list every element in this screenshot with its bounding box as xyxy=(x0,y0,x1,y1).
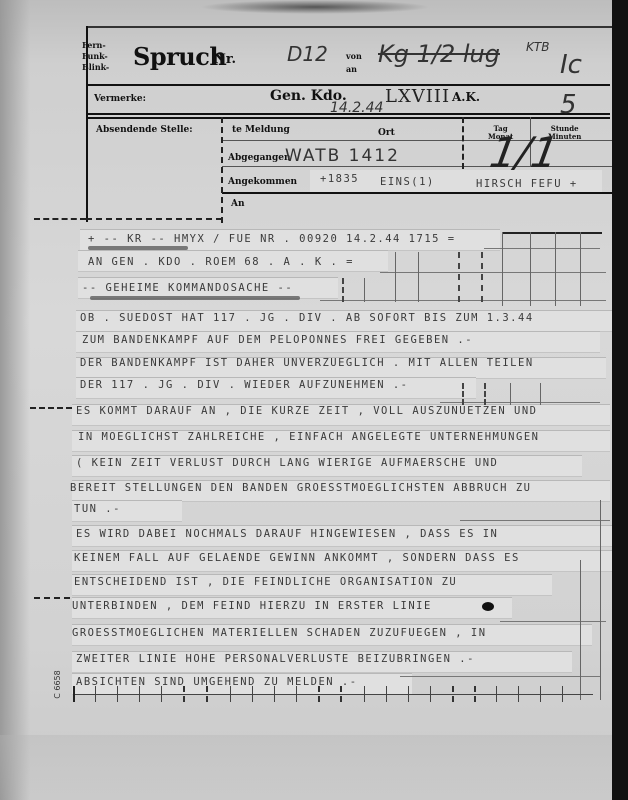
dashed-mark-1 xyxy=(34,218,86,220)
ruler-tick xyxy=(206,686,208,702)
grid-line xyxy=(320,300,606,301)
ic-mark: Ic xyxy=(560,50,582,80)
form-title: Spruch xyxy=(133,42,226,71)
ruler-tick xyxy=(340,686,342,702)
message-line: + -- KR -- HMYX / FUE NR . 00920 14.2.44… xyxy=(88,233,456,253)
abgegangen-value: WATB 1412 xyxy=(285,146,400,166)
ruler-tick xyxy=(562,686,563,702)
scan-edge-right xyxy=(612,0,628,800)
ruler-tick xyxy=(274,686,275,702)
ruler-tick xyxy=(161,686,162,702)
angekommen-time: +1835 xyxy=(320,173,359,185)
grid-line xyxy=(540,383,541,405)
message-line: AN GEN . KDO . ROEM 68 . A . K . = xyxy=(88,256,354,276)
grid-line xyxy=(580,560,581,700)
grid-line xyxy=(418,252,419,302)
type-blink: Blink- xyxy=(82,62,109,73)
type-fern: Fern- xyxy=(82,40,109,51)
ruler-tick xyxy=(95,686,96,702)
message-number: D12 xyxy=(287,42,328,66)
message-line: ( KEIN ZEIT VERLUST DURCH LANG WIERIGE A… xyxy=(76,457,498,477)
message-line: IN MOEGLICHST ZAHLREICHE , EINFACH ANGEL… xyxy=(78,431,539,451)
form-code: C 6658 xyxy=(53,670,62,699)
ruler-tick xyxy=(518,686,519,702)
message-line: UNTERBINDEN , DEM FEIND HIERZU IN ERSTER… xyxy=(72,600,432,620)
grid-top-dash xyxy=(502,232,602,234)
grid-line xyxy=(458,252,460,302)
corps-suffix: A.K. xyxy=(452,90,480,104)
scan-shadow-top xyxy=(200,0,430,14)
ruler-tick xyxy=(364,686,365,702)
grid-line xyxy=(530,232,531,306)
grid-line xyxy=(395,252,396,302)
grid-line xyxy=(510,383,511,405)
dashed-mark-2 xyxy=(86,218,222,220)
grid-line xyxy=(460,520,610,521)
grid-line xyxy=(462,383,464,405)
von-label: von xyxy=(346,50,362,63)
form-rule-6 xyxy=(222,192,612,194)
dashed-mark-4 xyxy=(34,597,70,599)
margin-number: 5 xyxy=(560,90,577,120)
angekommen-operator: HIRSCH FEFU + xyxy=(476,178,578,190)
scan-shadow-left xyxy=(0,0,30,800)
message-line: KEINEM FALL AUF GELAENDE GEWINN ANKOMMT … xyxy=(74,552,520,572)
nr-label: Nr. xyxy=(214,52,236,67)
message-line: ZWEITER LINIE HOHE PERSONALVERLUSTE BEIZ… xyxy=(76,653,475,673)
grid-line xyxy=(364,278,365,302)
ruler-line xyxy=(73,694,593,695)
message-line: OB . SUEDOST HAT 117 . JG . DIV . AB SOF… xyxy=(80,312,534,332)
ruler-tick xyxy=(496,686,497,702)
form-rule-3 xyxy=(86,117,610,119)
message-line: -- GEHEIME KOMMANDOSACHE -- xyxy=(82,282,293,302)
grid-line xyxy=(481,252,483,302)
ruler-tick xyxy=(230,686,231,702)
dashed-mark-3 xyxy=(30,407,72,409)
grid-line xyxy=(580,232,581,306)
grid-line xyxy=(400,676,600,677)
grid-line xyxy=(600,500,601,700)
message-line: ES KOMMT DARAUF AN , DIE KURZE ZEIT , VO… xyxy=(76,405,537,425)
grid-line xyxy=(502,232,503,306)
ruler-tick xyxy=(474,686,476,702)
handwritten-date: 14.2.44 xyxy=(330,100,383,116)
ruler-tick xyxy=(183,686,185,702)
grid-line xyxy=(342,278,344,302)
ktb-mark: KTB xyxy=(526,40,549,54)
form-rule-5 xyxy=(222,166,612,167)
ruler-tick xyxy=(73,686,75,702)
ruler-tick xyxy=(252,686,253,702)
ruler-tick xyxy=(117,686,118,702)
ort-label: Ort xyxy=(378,128,395,138)
type-funk: Funk- xyxy=(82,51,109,62)
page-bottom-fold xyxy=(0,735,612,800)
grid-line xyxy=(555,232,556,306)
angekommen-label: Angekommen xyxy=(228,177,297,187)
abgegangen-label: Abgegangen xyxy=(228,153,291,163)
corps-number: LXVIII xyxy=(385,86,450,107)
message-line: GROESSTMOEGLICHEN MATERIELLEN SCHADEN ZU… xyxy=(72,627,487,647)
angekommen-count: EINS(1) xyxy=(380,176,435,188)
ruler-tick xyxy=(139,686,140,702)
transmission-types: Fern- Funk- Blink- xyxy=(82,40,109,73)
vermerke-label: Vermerke: xyxy=(94,94,146,104)
message-line: BEREIT STELLUNGEN DEN BANDEN GROESSTMOEG… xyxy=(70,482,531,502)
meldung-label: te Meldung xyxy=(232,125,290,135)
ink-blot xyxy=(482,602,494,611)
form-top-border xyxy=(86,26,612,28)
ruler-tick xyxy=(408,686,409,702)
message-line: ABSICHTEN SIND UMGEHEND ZU MELDEN .- xyxy=(76,676,358,696)
ruler-tick xyxy=(430,686,431,702)
message-line: DER 117 . JG . DIV . WIEDER AUFZUNEHMEN … xyxy=(80,379,409,399)
von-an-labels: von an xyxy=(346,50,362,76)
ruler-tick xyxy=(452,686,454,702)
ruler-tick xyxy=(296,686,297,702)
an-field-label: An xyxy=(231,199,245,209)
ruler-tick xyxy=(540,686,541,702)
form-divider-dashed xyxy=(221,117,223,223)
message-line: ENTSCHEIDEND IST , DIE FEINDLICHE ORGANI… xyxy=(74,576,457,596)
grid-line xyxy=(500,621,606,622)
form-rule-1 xyxy=(86,84,610,86)
grid-line xyxy=(440,402,600,403)
message-line: DER BANDENKAMPF IST DAHER UNVERZUEGLICH … xyxy=(80,357,534,377)
an-label: an xyxy=(346,63,362,76)
ruler-tick xyxy=(386,686,387,702)
absendende-label: Absendende Stelle: xyxy=(96,125,193,135)
grid-line xyxy=(484,383,486,405)
message-line: ZUM BANDENKAMPF AUF DEM PELOPONNES FREI … xyxy=(82,334,473,354)
grid-line xyxy=(380,272,606,273)
form-divider-time xyxy=(462,117,464,169)
message-line: TUN .- xyxy=(74,503,121,523)
message-line: ES WIRD DABEI NOCHMALS DARAUF HINGEWIESE… xyxy=(76,528,498,548)
von-handwritten: Kg 1/2 lug xyxy=(378,40,500,68)
ruler-tick xyxy=(318,686,320,702)
